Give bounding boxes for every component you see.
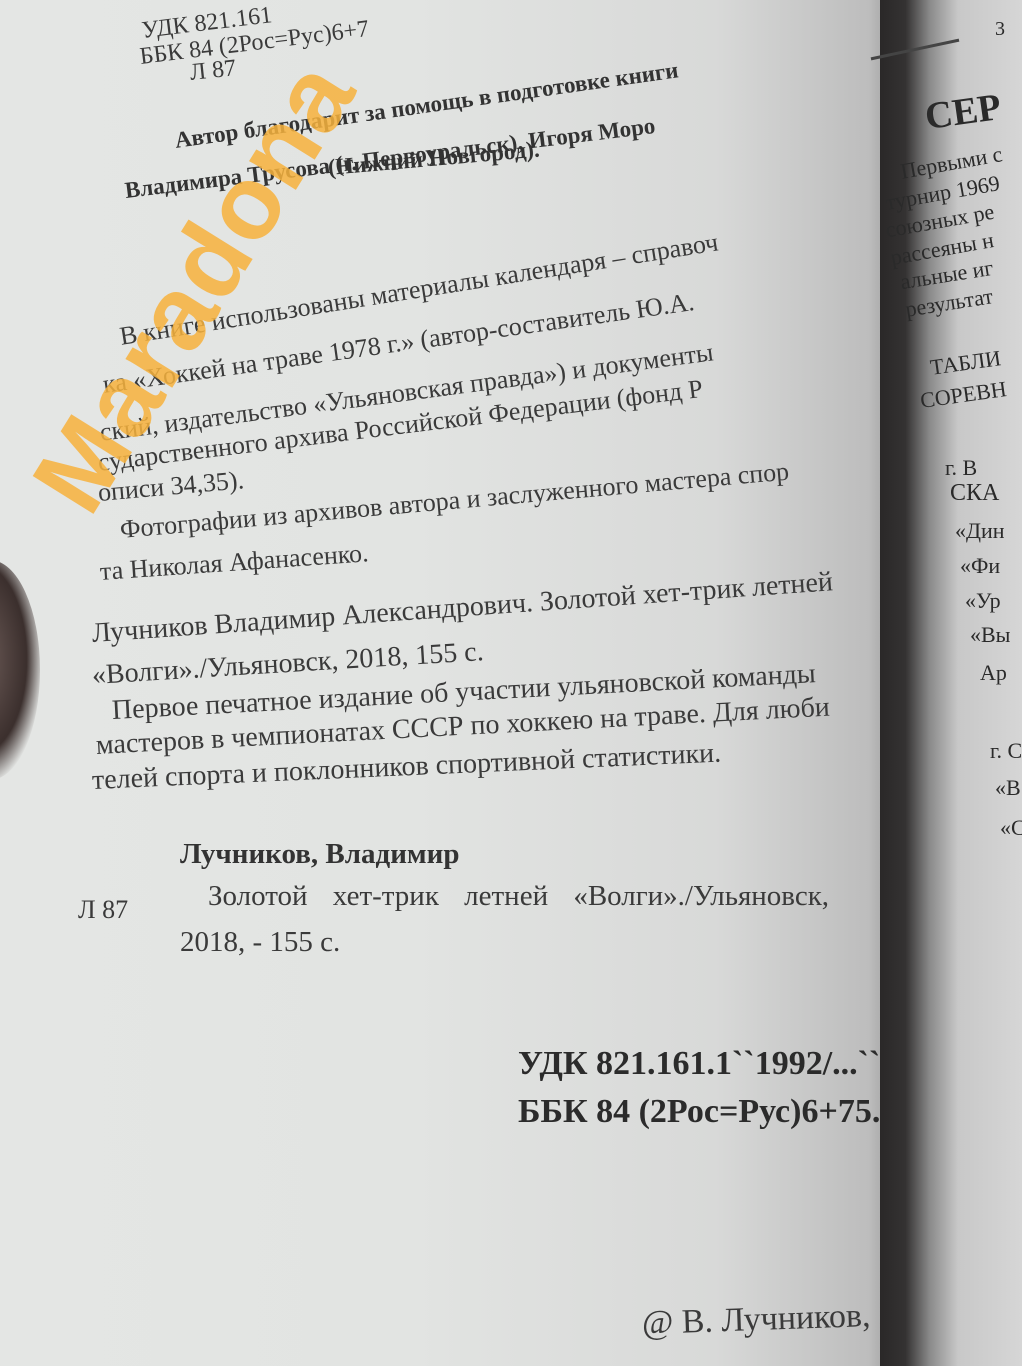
right-page-list-item: «В [995,775,1021,801]
right-page-list-item: «Ур [965,588,1001,614]
right-page-table-heading: СОРЕВН [919,376,1009,414]
copyright: @ В. Лучников, 20 [641,1296,913,1343]
right-page-list-item: «Дин [955,518,1005,544]
classification-udk: УДК 821.161.1``1992/...`` [518,1045,880,1083]
right-page-list-item: г. В [945,455,977,481]
right-page-list-item: «Вы [970,622,1010,648]
book-left-page: УДК 821.161 ББК 84 (2Рос=Рус)6+7 Л 87 Ав… [0,0,1022,1366]
catalog-author: Лучников, Владимир [180,838,460,871]
book-right-page: 3 СЕР Первыми с турнир 1969 союзных ре р… [880,0,1022,1366]
right-page-table-heading: ТАБЛИ [929,345,1003,381]
right-page-list-item: «С [1000,815,1022,841]
classification-bbk: ББК 84 (2Рос=Рус)6+75.5 [518,1093,897,1131]
right-page-heading: СЕР [922,85,1003,139]
photos-line-2: та Николая Афанасенко. [99,538,370,587]
header-code: Л 87 [189,55,238,87]
catalog-title: Золотой хет-трик летней «Волги»./Ульянов… [208,880,829,913]
thumb-holding-book [0,560,40,780]
right-page-list-item: «Фи [960,553,1000,579]
right-page-number: 3 [995,18,1005,41]
right-page-list-item: г. С [990,738,1022,764]
catalog-imprint: 2018, - 155 с. [180,926,340,959]
catalog-code: Л 87 [78,895,128,925]
right-page-list-item: Ар [980,660,1007,686]
right-page-list-item: СКА [950,480,999,507]
